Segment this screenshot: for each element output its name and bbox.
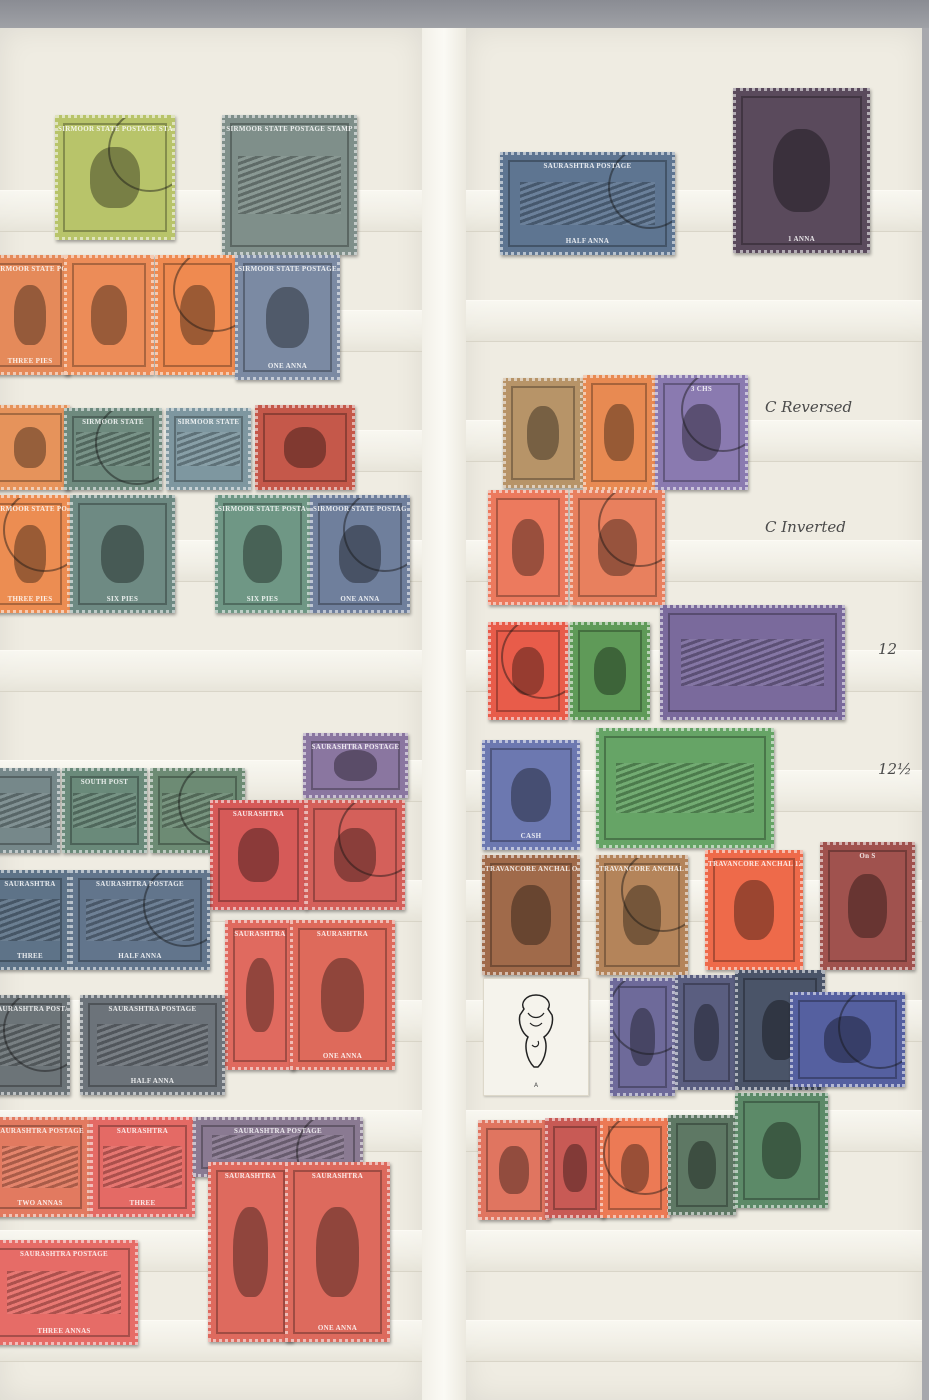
stamp-left-0-0: SIRMOOR STATE POSTAGE STAMP — [55, 115, 175, 240]
portrait-vignette — [246, 958, 274, 1033]
scene-vignette — [0, 899, 59, 940]
stamp-title: SAURASHTRA — [93, 1127, 192, 1135]
note-c-inverted: C Inverted — [765, 518, 846, 536]
stamp-title: SIRMOOR STATE POSTAGE STAMP — [58, 125, 172, 133]
stamp-left-5-3: SAURASHTRA ONE ANNA — [290, 920, 395, 1070]
portrait-vignette — [91, 285, 128, 344]
stockbook-strip — [466, 300, 922, 342]
stamp-title: SAURASHTRA POSTAGE — [0, 1127, 87, 1135]
stamp-left-6-1: SAURASHTRA POSTAGE HALF ANNA — [80, 995, 225, 1095]
scene-vignette — [0, 793, 51, 828]
stamp-right-7-2 — [600, 1118, 670, 1218]
stamp-left-5-0: SAURASHTRA THREE — [0, 870, 70, 970]
stockbook-strip — [466, 1230, 922, 1272]
stamp-right-4-1 — [596, 728, 774, 848]
stamp-right-1-1 — [583, 375, 655, 490]
portrait-vignette — [284, 427, 325, 468]
stockbook-strip — [0, 650, 422, 692]
portrait-vignette — [762, 1122, 800, 1179]
stamp-right-3-1 — [570, 622, 650, 720]
stamp-left-2-2: SIRMOOR STATE — [166, 408, 251, 490]
stamp-title: TRAVANCORE ANCHAL On S — [599, 865, 685, 873]
stamp-right-3-0 — [488, 622, 568, 720]
scene-vignette — [2, 1146, 77, 1187]
album-edge — [922, 28, 929, 1400]
stamp-left-0-1: SIRMOOR STATE POSTAGE STAMP — [222, 115, 357, 255]
stamp-title: SAURASHTRA POSTAGE — [83, 1005, 222, 1013]
stamp-value: HALF ANNA — [83, 1077, 222, 1085]
stamp-title: SAURASHTRA POSTAGE — [196, 1127, 360, 1135]
stamp-title: SIRMOOR STATE POSTAGE — [313, 505, 407, 513]
scene-vignette — [7, 1271, 121, 1315]
stamp-title: SIRMOOR STATE — [169, 418, 248, 426]
stamp-value: HALF ANNA — [73, 952, 207, 960]
stamp-left-3-0: SIRMOOR STATE POSTAGE THREE PIES — [0, 495, 70, 613]
stamp-title: SAURASHTRA POSTAGE — [0, 1005, 67, 1013]
stamp-title: 3 CHS — [658, 385, 745, 393]
stamp-left-5-2: SAURASHTRA — [225, 920, 295, 1070]
stamp-value: ONE ANNA — [313, 595, 407, 603]
stamp-title: SOUTH POST — [65, 778, 144, 786]
portrait-vignette — [243, 525, 282, 583]
portrait-vignette — [848, 874, 887, 937]
stamp-left-4-1: SOUTH POST — [62, 768, 147, 853]
stamp-left-4-0 — [0, 768, 60, 853]
scene-vignette — [177, 432, 240, 465]
stamp-left-4-5 — [305, 800, 405, 910]
stamp-title: On S — [823, 852, 912, 860]
portrait-vignette — [101, 525, 145, 583]
stamp-title: SAURASHTRA POSTAGE — [0, 1250, 135, 1258]
portrait-vignette — [604, 404, 633, 461]
stamp-left-7-0: SAURASHTRA POSTAGE TWO ANNAS — [0, 1117, 90, 1217]
stamp-left-1-3: SIRMOOR STATE POSTAGE ONE ANNA — [235, 255, 340, 380]
stamp-value: SIX PIES — [218, 595, 307, 603]
portrait-vignette — [694, 1004, 719, 1061]
stamp-left-2-0 — [0, 405, 70, 490]
stamp-value: THREE — [93, 1199, 192, 1207]
portrait-vignette — [14, 285, 47, 344]
stamp-title: SAURASHTRA — [228, 930, 292, 938]
stamp-right-0-1: 1 ANNA — [733, 88, 870, 253]
stamp-title: SIRMOOR STATE POSTAGE STAMP — [225, 125, 354, 133]
stamp-value: CASH — [485, 832, 577, 840]
stamp-right-5-1: TRAVANCORE ANCHAL On S — [596, 855, 688, 975]
stamp-right-7-0 — [478, 1120, 550, 1220]
stamp-value: THREE ANNAS — [0, 1327, 135, 1335]
stamp-title: SIRMOOR STATE — [67, 418, 159, 426]
portrait-vignette — [511, 768, 552, 822]
portrait-vignette — [734, 880, 775, 939]
stamp-title: SIRMOOR STATE POSTAGE — [238, 265, 337, 273]
portrait-vignette — [321, 958, 365, 1033]
stamp-value: THREE — [0, 952, 67, 960]
note-c-reversed: C Reversed — [765, 398, 852, 416]
stamp-left-7-1: SAURASHTRA THREE — [90, 1117, 195, 1217]
portrait-vignette — [527, 406, 560, 460]
portrait-vignette — [334, 750, 378, 781]
stamp-right-4-0: CASH — [482, 740, 580, 850]
stamp-left-2-1: SIRMOOR STATE — [64, 408, 162, 490]
stockbook-strip — [466, 1320, 922, 1362]
stamp-left-3-2: SIRMOOR STATE POSTAGE SIX PIES — [215, 495, 310, 613]
scene-vignette — [103, 1146, 182, 1187]
note-perf-12-half: 12½ — [878, 760, 912, 778]
stamp-right-7-3 — [668, 1115, 736, 1215]
stamp-value: THREE PIES — [0, 357, 67, 365]
stamp-value: TWO ANNAS — [0, 1199, 87, 1207]
stamp-right-5-3: On S — [820, 842, 915, 970]
stamp-value: ONE ANNA — [238, 362, 337, 370]
stamp-title: SAURASHTRA POSTAGE — [503, 162, 672, 170]
stamp-left-1-2 — [155, 255, 240, 375]
stamp-value: SIX PIES — [73, 595, 172, 603]
stamp-left-4-3: SAURASHTRA POSTAGE — [303, 733, 408, 798]
stamp-title: SAURASHTRA — [211, 1172, 290, 1180]
stamp-title: SAURASHTRA — [0, 880, 67, 888]
album-spine — [422, 28, 466, 1400]
stamp-title: SAURASHTRA POSTAGE — [73, 880, 207, 888]
stamp-title: TRAVANCORE ANCHAL On S — [485, 865, 577, 873]
portrait-vignette — [266, 287, 310, 349]
stamp-left-5-1: SAURASHTRA POSTAGE HALF ANNA — [70, 870, 210, 970]
stamp-title: SIRMOOR STATE POSTAGE — [0, 265, 67, 273]
portrait-vignette — [233, 1207, 268, 1298]
stamp-left-6-0: SAURASHTRA POSTAGE — [0, 995, 70, 1095]
portrait-vignette — [594, 647, 627, 695]
portrait-vignette — [316, 1207, 360, 1298]
stamp-left-7-3: SAURASHTRA — [208, 1162, 293, 1342]
scene-vignette — [681, 639, 824, 687]
scene-vignette — [73, 793, 136, 828]
stamp-left-7-4: SAURASHTRA ONE ANNA — [285, 1162, 390, 1342]
stamp-right-1-2: 3 CHS — [655, 375, 748, 490]
stamp-value: 1 ANNA — [736, 235, 867, 243]
stamp-title: SAURASHTRA — [213, 810, 304, 818]
portrait-vignette — [14, 427, 47, 468]
stamp-left-1-0: SIRMOOR STATE POSTAGE THREE PIES — [0, 255, 70, 375]
card-caption: A — [484, 1082, 588, 1089]
portrait-vignette — [563, 1144, 587, 1193]
portrait-vignette — [499, 1146, 528, 1195]
stamp-title: SAURASHTRA — [288, 1172, 387, 1180]
portrait-vignette — [512, 519, 545, 576]
stamp-title: TRAVANCORE ANCHAL 12 On S — [708, 860, 800, 868]
stamp-left-4-4: SAURASHTRA — [210, 800, 307, 910]
conch-shell-icon — [512, 993, 560, 1073]
background-top — [0, 0, 929, 28]
stamp-left-2-3 — [255, 405, 355, 490]
shell-emblem-card: A — [483, 978, 589, 1096]
stamp-left-3-3: SIRMOOR STATE POSTAGE ONE ANNA — [310, 495, 410, 613]
stamp-right-2-1 — [570, 490, 665, 605]
stamp-left-3-1: SIX PIES — [70, 495, 175, 613]
stamp-right-6-3 — [790, 992, 905, 1087]
stamp-right-5-2: TRAVANCORE ANCHAL 12 On S — [705, 850, 803, 970]
portrait-vignette — [238, 828, 278, 882]
stamp-right-2-0 — [488, 490, 568, 605]
stamp-right-7-1 — [545, 1118, 605, 1218]
note-perf-12: 12 — [878, 640, 897, 658]
stamp-right-6-1 — [675, 975, 738, 1090]
stamp-title: SAURASHTRA POSTAGE — [306, 743, 405, 751]
stamp-value: THREE PIES — [0, 595, 67, 603]
scene-vignette — [238, 156, 341, 215]
stamp-right-5-0: TRAVANCORE ANCHAL On S — [482, 855, 580, 975]
stamp-right-3-2 — [660, 605, 845, 720]
stamp-left-8-0: SAURASHTRA POSTAGE THREE ANNAS — [0, 1240, 138, 1345]
stamp-title: SIRMOOR STATE POSTAGE — [0, 505, 67, 513]
stamp-value: ONE ANNA — [293, 1052, 392, 1060]
stamp-left-1-1 — [64, 255, 154, 375]
stamp-right-7-4 — [735, 1093, 828, 1208]
stamp-value: HALF ANNA — [503, 237, 672, 245]
stamp-value: ONE ANNA — [288, 1324, 387, 1332]
scene-vignette — [97, 1024, 208, 1065]
portrait-vignette — [511, 885, 552, 944]
stamp-title: SAURASHTRA — [293, 930, 392, 938]
scene-vignette — [616, 763, 754, 813]
portrait-vignette — [688, 1141, 715, 1190]
portrait-vignette — [773, 129, 831, 212]
stamp-right-0-0: SAURASHTRA POSTAGE HALF ANNA — [500, 152, 675, 255]
stamp-right-1-0 — [503, 378, 583, 488]
stamp-title: SIRMOOR STATE POSTAGE — [218, 505, 307, 513]
stamp-right-6-0 — [610, 978, 675, 1096]
